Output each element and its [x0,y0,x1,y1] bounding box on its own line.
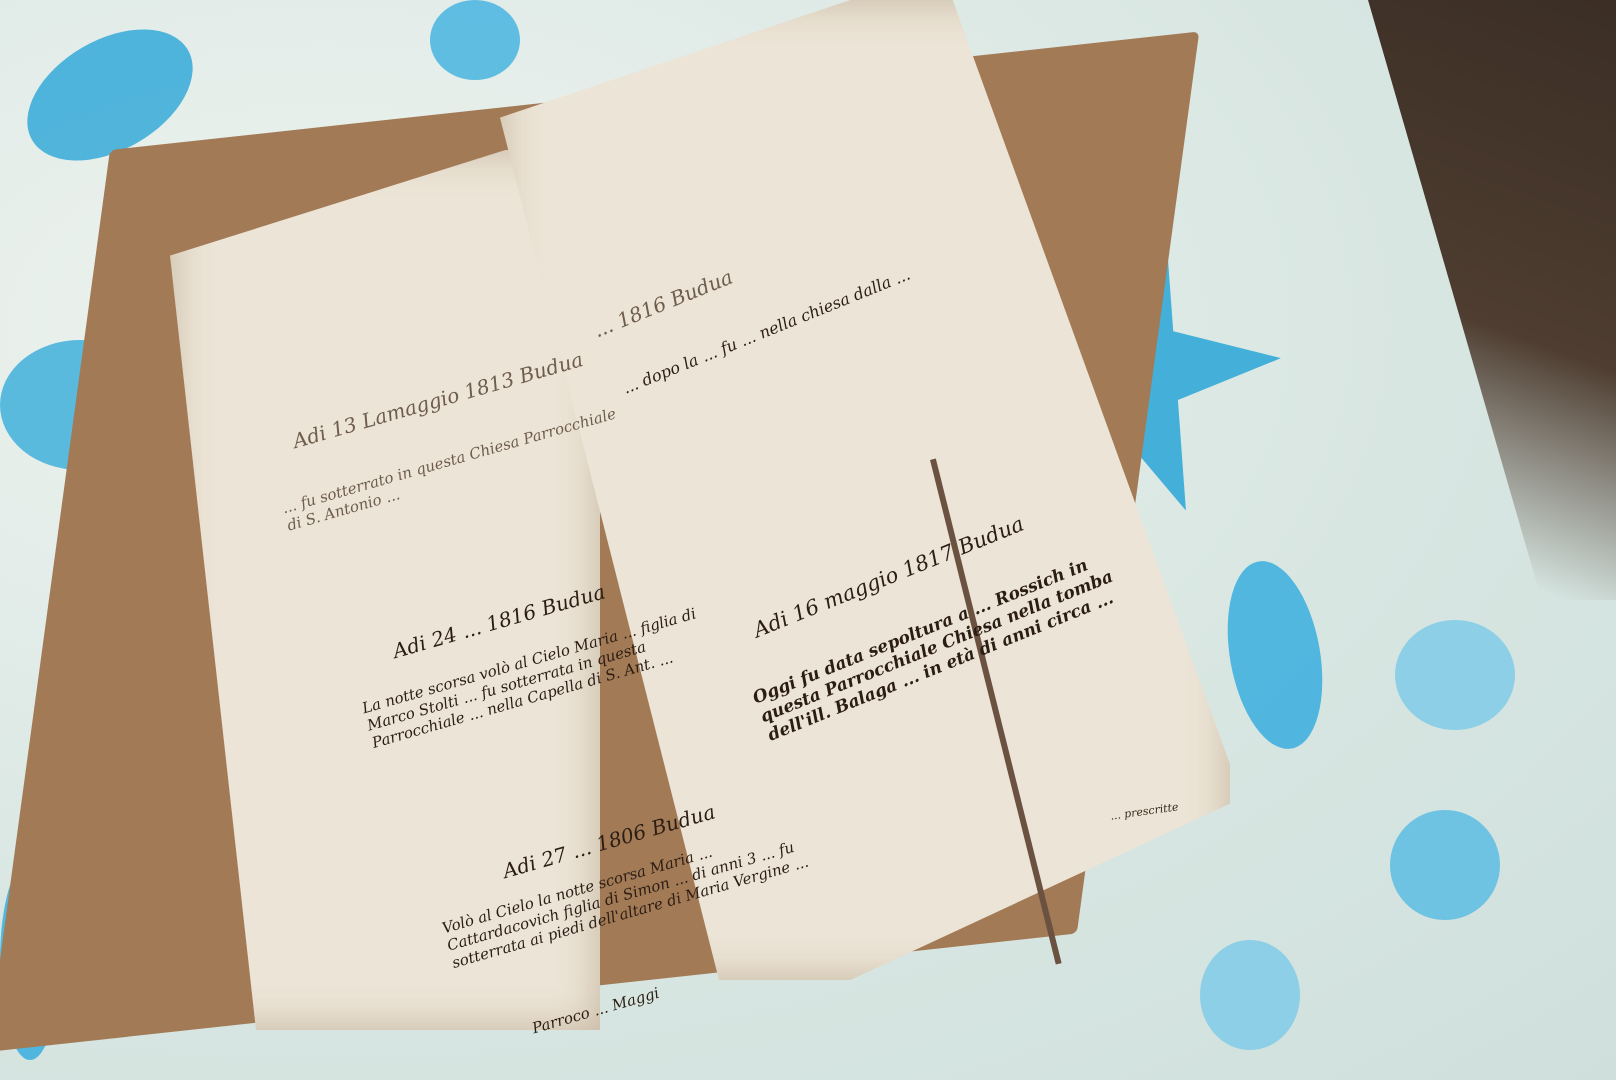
sand-dollar-icon [1395,620,1515,730]
spiral-shell-icon [1390,810,1500,920]
open-manuscript-book: Adi 13 Lamaggio 1813 Budua ... fu sotter… [110,0,1230,1060]
